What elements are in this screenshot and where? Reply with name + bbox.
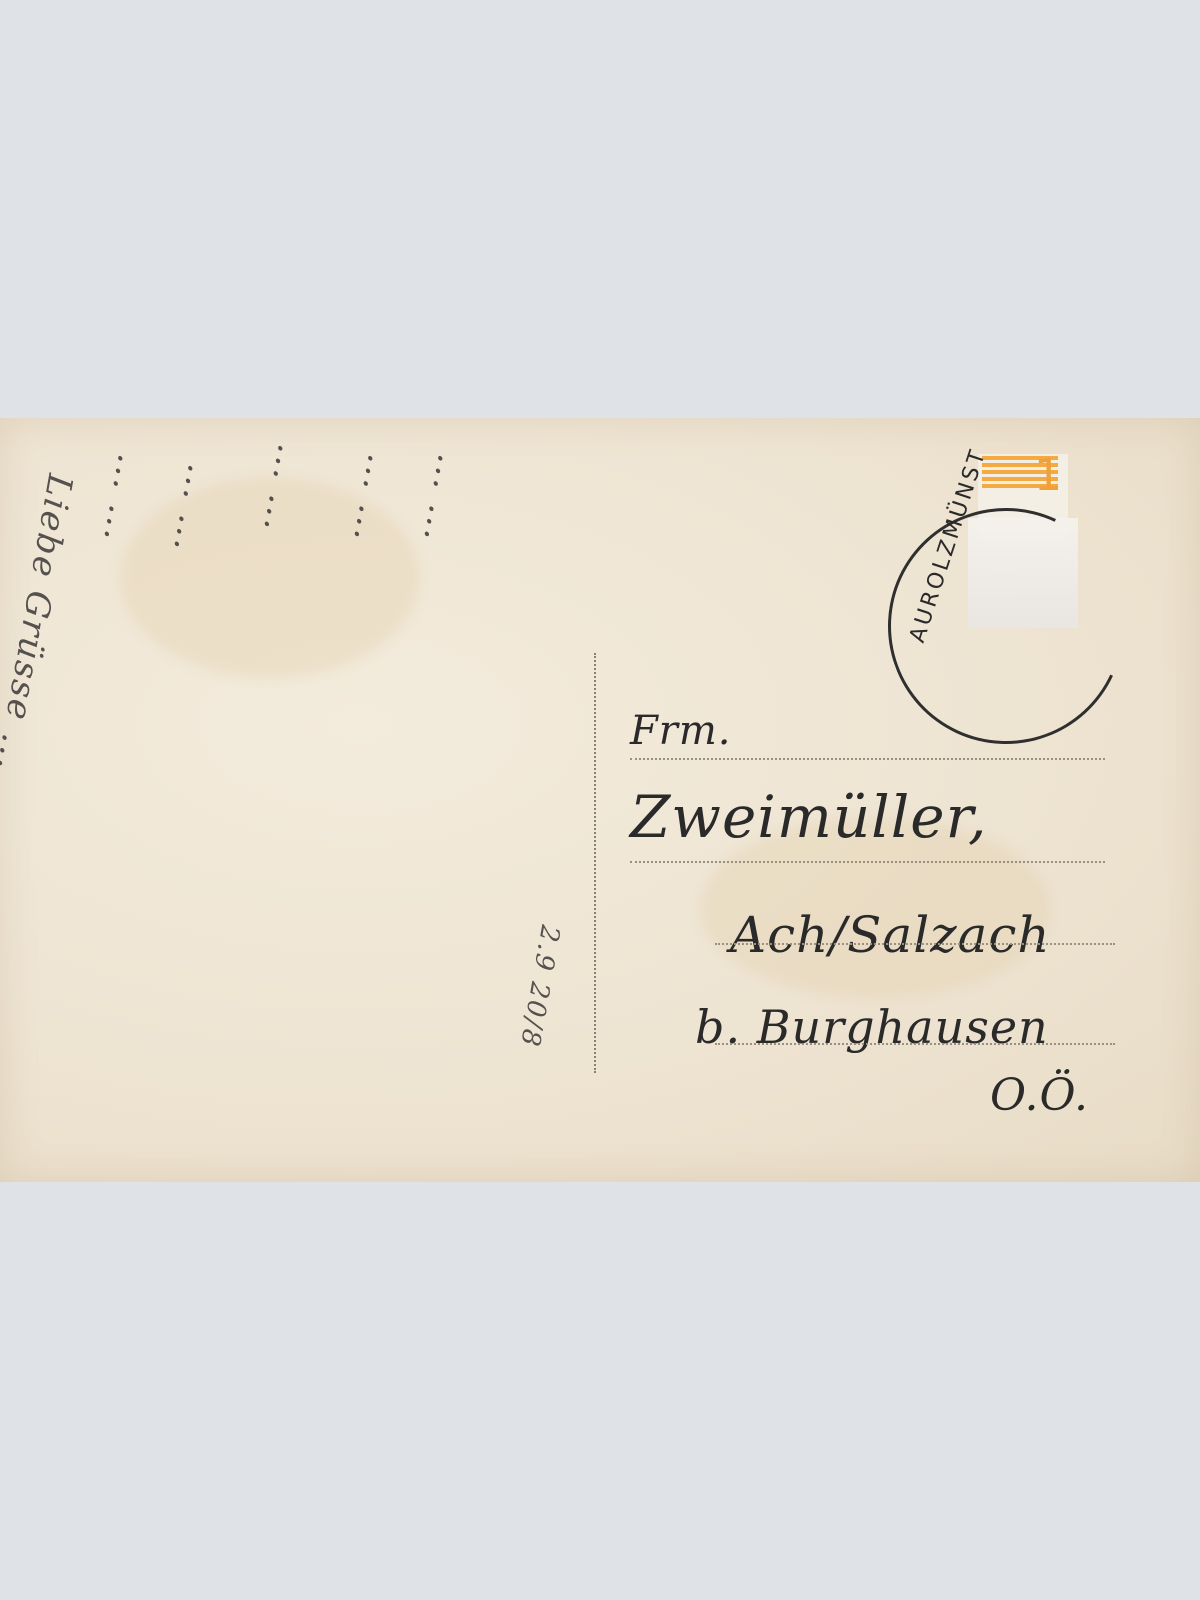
address-line-5: O.Ö.	[990, 1070, 1089, 1121]
message-line: ... ...	[255, 441, 310, 536]
address-line-2: Zweimüller,	[630, 783, 987, 851]
message-line: ... ...	[165, 461, 220, 556]
stamp-value: 1	[1034, 450, 1062, 501]
postmark-circle	[855, 475, 1157, 777]
postcard: Liebe Grüsse ... ... ... ... ... ... ...…	[0, 418, 1200, 1182]
message-line: ... ...	[345, 451, 400, 546]
address-rule	[630, 758, 1105, 760]
card-divider	[594, 653, 596, 1073]
message-line: ... ...	[95, 451, 150, 546]
address-line-1: Frm.	[630, 708, 732, 754]
address-rule	[630, 861, 1105, 863]
address-rule	[715, 943, 1115, 945]
handwritten-message: Liebe Grüsse ... ... ... ... ... ... ...…	[20, 438, 580, 1158]
message-date: 2.9 20/8	[514, 923, 565, 1050]
address-line-4: b. Burghausen	[695, 1000, 1049, 1054]
address-rule	[715, 1043, 1115, 1045]
address-line-3: Ach/Salzach	[730, 906, 1051, 964]
message-line: Liebe Grüsse ...	[0, 471, 80, 775]
message-line: ... ...	[415, 451, 470, 546]
